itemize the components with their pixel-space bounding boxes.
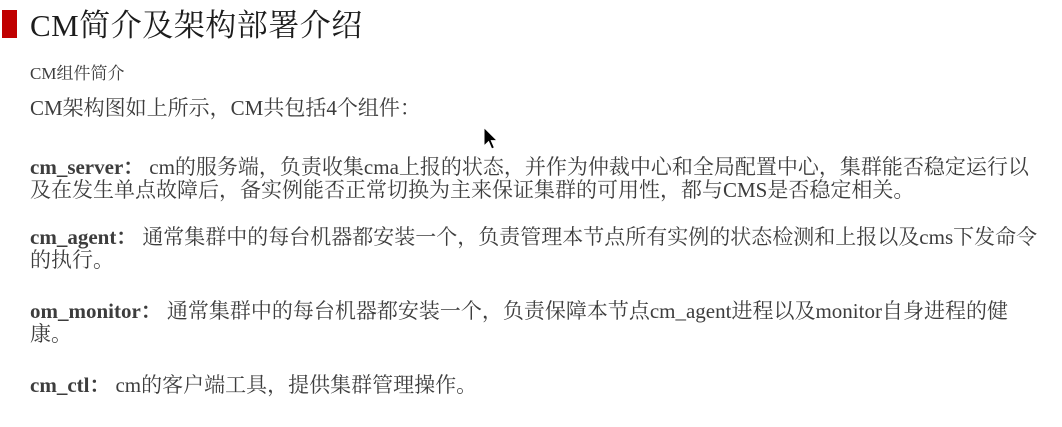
title-marker <box>2 10 17 38</box>
component-term: cm_agent： <box>30 225 142 249</box>
component-term: om_monitor： <box>30 299 167 323</box>
component-cm-agent: cm_agent：通常集群中的每台机器都安装一个，负责管理本节点所有实例的状态检… <box>30 226 1042 272</box>
component-description: 通常集群中的每台机器都安装一个，负责管理本节点所有实例的状态检测和上报以及cms… <box>30 225 1037 272</box>
slide-page: { "colors": { "accent": "#c00000", "titl… <box>0 0 1062 427</box>
title-row: CM简介及架构部署介绍 <box>0 0 1062 44</box>
component-description: cm的客户端工具，提供集群管理操作。 <box>115 373 477 397</box>
component-description: 通常集群中的每台机器都安装一个，负责保障本节点cm_agent进程以及monit… <box>30 299 1008 346</box>
component-om-monitor: om_monitor：通常集群中的每台机器都安装一个，负责保障本节点cm_age… <box>30 300 1042 346</box>
intro-text: CM架构图如上所示，CM共包括4个组件： <box>30 97 1042 120</box>
section-subtitle: CM组件简介 <box>30 63 1042 84</box>
page-title: CM简介及架构部署介绍 <box>30 8 1062 44</box>
component-cm-ctl: cm_ctl：cm的客户端工具，提供集群管理操作。 <box>30 374 1042 397</box>
component-cm-server: cm_server：cm的服务端，负责收集cma上报的状态，并作为仲裁中心和全局… <box>30 156 1042 202</box>
content-area: CM组件简介 CM架构图如上所示，CM共包括4个组件： cm_server：cm… <box>0 63 1062 397</box>
component-term: cm_server： <box>30 155 149 179</box>
component-term: cm_ctl： <box>30 373 115 397</box>
component-description: cm的服务端，负责收集cma上报的状态，并作为仲裁中心和全局配置中心，集群能否稳… <box>30 155 1029 202</box>
